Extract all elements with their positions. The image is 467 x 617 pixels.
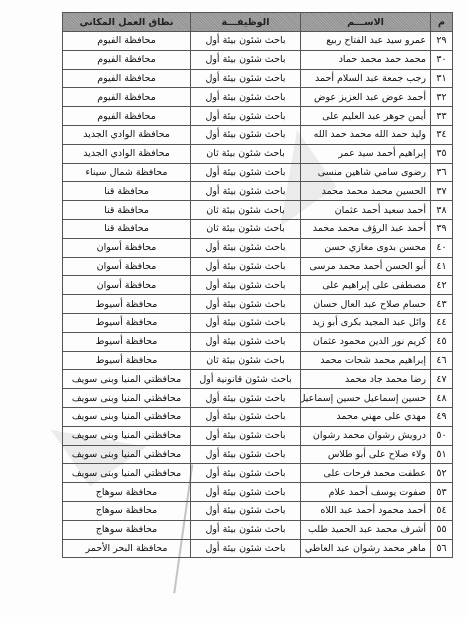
row-number: ٥١: [431, 445, 453, 464]
work-location: محافظة قنا: [63, 201, 191, 220]
employee-name: عمرو سيد عبد الفتاح ربيع: [301, 32, 431, 51]
table-row: ٤١أبو الحسن أحمد محمد مرسىباحث شئون بيئة…: [63, 257, 453, 276]
employee-name: وائل عبد المجيد بكرى أبو زيد: [301, 313, 431, 332]
employee-name: أحمد سعيد أحمد عثمان: [301, 201, 431, 220]
job-title: باحث شئون بيئة أول: [191, 107, 301, 126]
employee-name: إبراهيم محمد شحات محمد: [301, 351, 431, 370]
table-row: ٣٥إبراهيم أحمد سيد عمرباحث شئون بيئة ثان…: [63, 144, 453, 163]
table-row: ٥٠درويش رشوان محمد رشوانباحث شئون بيئة أ…: [63, 426, 453, 445]
employee-name: كريم نور الدين محمود عثمان: [301, 332, 431, 351]
employee-name: مصطفى على إبراهيم على: [301, 276, 431, 295]
table-row: ٣١رجب جمعة عبد السلام أحمدباحث شئون بيئة…: [63, 69, 453, 88]
table-row: ٥٢عطفت محمد فرحات علىباحث شئون بيئة أولم…: [63, 464, 453, 483]
employee-roster-table: م الاســـم الوظيفـــة نطاق العمل المكاني…: [62, 12, 453, 558]
work-location: محافظة سوهاج: [63, 520, 191, 539]
employee-name: إبراهيم أحمد سيد عمر: [301, 144, 431, 163]
job-title: باحث شئون بيئة أول: [191, 32, 301, 51]
job-title: باحث شئون بيئة أول: [191, 50, 301, 69]
table-row: ٤٧رضا محمد جاد محمدباحث شئون قانونية أول…: [63, 370, 453, 389]
row-number: ٤٢: [431, 276, 453, 295]
header-num: م: [431, 13, 453, 32]
work-location: محافظة أسوان: [63, 276, 191, 295]
table-row: ٤٠محسن بدوى مغازي حسنباحث شئون بيئة أولم…: [63, 238, 453, 257]
work-location: محافظتي المنيا وبنى سويف: [63, 407, 191, 426]
row-number: ٣٥: [431, 144, 453, 163]
work-location: محافظة الفيوم: [63, 88, 191, 107]
table-row: ٤٨حسين إسماعيل حسين إسماعيلباحث شئون بيئ…: [63, 389, 453, 408]
employee-name: أحمد عبد الرؤف محمد محمد: [301, 219, 431, 238]
employee-name: رجب جمعة عبد السلام أحمد: [301, 69, 431, 88]
employee-name: أيمن جوهر عبد العليم على: [301, 107, 431, 126]
job-title: باحث شئون بيئة أول: [191, 238, 301, 257]
job-title: باحث شئون بيئة أول: [191, 295, 301, 314]
employee-name: ماهر محمد رشوان عبد العاطي: [301, 539, 431, 558]
employee-name: وليد حمد الله محمد حمد الله: [301, 125, 431, 144]
work-location: محافظة البحر الأحمر: [63, 539, 191, 558]
table-row: ٤٥كريم نور الدين محمود عثمانباحث شئون بي…: [63, 332, 453, 351]
work-location: محافظة الفيوم: [63, 32, 191, 51]
table-row: ٣٦رضوى سامي شاهين منسىباحث شئون بيئة أول…: [63, 163, 453, 182]
work-location: محافظة شمال سيناء: [63, 163, 191, 182]
job-title: باحث شئون بيئة أول: [191, 125, 301, 144]
row-number: ٣١: [431, 69, 453, 88]
job-title: باحث شئون بيئة أول: [191, 163, 301, 182]
job-title: باحث شئون بيئة ثان: [191, 201, 301, 220]
employee-name: أحمد محمود أحمد عبد اللاه: [301, 501, 431, 520]
work-location: محافظة قنا: [63, 219, 191, 238]
work-location: محافظة الفيوم: [63, 107, 191, 126]
table-row: ٤٣حسام صلاح عبد العال حسانباحث شئون بيئة…: [63, 295, 453, 314]
row-number: ٣٠: [431, 50, 453, 69]
row-number: ٥٢: [431, 464, 453, 483]
table-row: ٥٥أشرف محمد عبد الحميد طلبباحث شئون بيئة…: [63, 520, 453, 539]
header-location: نطاق العمل المكاني: [63, 13, 191, 32]
job-title: باحث شئون بيئة أول: [191, 69, 301, 88]
job-title: باحث شئون بيئة أول: [191, 445, 301, 464]
row-number: ٤٧: [431, 370, 453, 389]
table-row: ٣٢أحمد عوض عبد العزيز عوضباحث شئون بيئة …: [63, 88, 453, 107]
work-location: محافظتي المنيا وبنى سويف: [63, 389, 191, 408]
table-row: ٣٠محمد حمد محمد حمادباحث شئون بيئة أولمح…: [63, 50, 453, 69]
row-number: ٥٥: [431, 520, 453, 539]
row-number: ٥٣: [431, 483, 453, 502]
job-title: باحث شئون بيئة أول: [191, 257, 301, 276]
work-location: محافظة أسيوط: [63, 313, 191, 332]
row-number: ٤٤: [431, 313, 453, 332]
header-name: الاســـم: [301, 13, 431, 32]
employee-name: رضا محمد جاد محمد: [301, 370, 431, 389]
row-number: ٤٥: [431, 332, 453, 351]
employee-name: رضوى سامي شاهين منسى: [301, 163, 431, 182]
table-header-row: م الاســـم الوظيفـــة نطاق العمل المكاني: [63, 13, 453, 32]
job-title: باحث شئون بيئة ثان: [191, 144, 301, 163]
row-number: ٤٠: [431, 238, 453, 257]
job-title: باحث شئون بيئة ثان: [191, 351, 301, 370]
row-number: ٣٣: [431, 107, 453, 126]
table-row: ٤٩مهدي على مهني محمدباحث شئون بيئة أولمح…: [63, 407, 453, 426]
work-location: محافظتي المنيا وبنى سويف: [63, 445, 191, 464]
employee-name: مهدي على مهني محمد: [301, 407, 431, 426]
row-number: ٤٨: [431, 389, 453, 408]
table-row: ٣٩أحمد عبد الرؤف محمد محمدباحث شئون بيئة…: [63, 219, 453, 238]
work-location: محافظتي المنيا وبنى سويف: [63, 464, 191, 483]
employee-name: صفوت يوسف أحمد علام: [301, 483, 431, 502]
employee-name: درويش رشوان محمد رشوان: [301, 426, 431, 445]
job-title: باحث شئون بيئة أول: [191, 332, 301, 351]
row-number: ٣٧: [431, 182, 453, 201]
employee-name: محسن بدوى مغازي حسن: [301, 238, 431, 257]
table-row: ٣٨أحمد سعيد أحمد عثمانباحث شئون بيئة ثان…: [63, 201, 453, 220]
job-title: باحث شئون بيئة ثان: [191, 219, 301, 238]
job-title: باحث شئون بيئة أول: [191, 313, 301, 332]
job-title: باحث شئون بيئة أول: [191, 389, 301, 408]
table-row: ٣٧الحسين محمد محمد محمدباحث شئون بيئة أو…: [63, 182, 453, 201]
row-number: ٣٦: [431, 163, 453, 182]
row-number: ٣٩: [431, 219, 453, 238]
employee-name: عطفت محمد فرحات على: [301, 464, 431, 483]
row-number: ٤٣: [431, 295, 453, 314]
work-location: محافظة الفيوم: [63, 69, 191, 88]
employee-name: محمد حمد محمد حماد: [301, 50, 431, 69]
work-location: محافظة الفيوم: [63, 50, 191, 69]
job-title: باحث شئون بيئة أول: [191, 88, 301, 107]
job-title: باحث شئون قانونية أول: [191, 370, 301, 389]
work-location: محافظتي المنيا وبنى سويف: [63, 370, 191, 389]
table-row: ٣٣أيمن جوهر عبد العليم علىباحث شئون بيئة…: [63, 107, 453, 126]
job-title: باحث شئون بيئة أول: [191, 426, 301, 445]
work-location: محافظة أسوان: [63, 238, 191, 257]
table-row: ٥٣صفوت يوسف أحمد علامباحث شئون بيئة أولم…: [63, 483, 453, 502]
work-location: محافظة أسوان: [63, 257, 191, 276]
work-location: محافظة أسيوط: [63, 332, 191, 351]
row-number: ٥٠: [431, 426, 453, 445]
table-body: ٢٩عمرو سيد عبد الفتاح ربيعباحث شئون بيئة…: [63, 32, 453, 558]
employee-name: حسين إسماعيل حسين إسماعيل: [301, 389, 431, 408]
employee-name: أبو الحسن أحمد محمد مرسى: [301, 257, 431, 276]
row-number: ٤١: [431, 257, 453, 276]
table-row: ٣٤وليد حمد الله محمد حمد اللهباحث شئون ب…: [63, 125, 453, 144]
work-location: محافظتي المنيا وبنى سويف: [63, 426, 191, 445]
row-number: ٣٤: [431, 125, 453, 144]
row-number: ٤٩: [431, 407, 453, 426]
work-location: محافظة الوادي الجديد: [63, 125, 191, 144]
work-location: محافظة الوادي الجديد: [63, 144, 191, 163]
row-number: ٤٦: [431, 351, 453, 370]
work-location: محافظة أسيوط: [63, 351, 191, 370]
row-number: ٥٦: [431, 539, 453, 558]
table-row: ٤٢مصطفى على إبراهيم علىباحث شئون بيئة أو…: [63, 276, 453, 295]
row-number: ٣٨: [431, 201, 453, 220]
table-row: ٥١ولاء صلاح على أبو طلاسباحث شئون بيئة أ…: [63, 445, 453, 464]
employee-name: الحسين محمد محمد محمد: [301, 182, 431, 201]
document-page: ◢ ◣ م الاســـم الوظيفـــة نطاق العمل الم…: [0, 0, 467, 617]
job-title: باحث شئون بيئة أول: [191, 276, 301, 295]
row-number: ٢٩: [431, 32, 453, 51]
work-location: محافظة سوهاج: [63, 483, 191, 502]
employee-name: ولاء صلاح على أبو طلاس: [301, 445, 431, 464]
table-row: ٥٤أحمد محمود أحمد عبد اللاهباحث شئون بيئ…: [63, 501, 453, 520]
employee-name: أحمد عوض عبد العزيز عوض: [301, 88, 431, 107]
row-number: ٥٤: [431, 501, 453, 520]
table-row: ٢٩عمرو سيد عبد الفتاح ربيعباحث شئون بيئة…: [63, 32, 453, 51]
header-job: الوظيفـــة: [191, 13, 301, 32]
row-number: ٣٢: [431, 88, 453, 107]
table-row: ٤٦إبراهيم محمد شحات محمدباحث شئون بيئة ث…: [63, 351, 453, 370]
job-title: باحث شئون بيئة أول: [191, 182, 301, 201]
work-location: محافظة قنا: [63, 182, 191, 201]
work-location: محافظة سوهاج: [63, 501, 191, 520]
employee-name: أشرف محمد عبد الحميد طلب: [301, 520, 431, 539]
work-location: محافظة أسيوط: [63, 295, 191, 314]
employee-name: حسام صلاح عبد العال حسان: [301, 295, 431, 314]
table-row: ٥٦ماهر محمد رشوان عبد العاطيباحث شئون بي…: [63, 539, 453, 558]
job-title: باحث شئون بيئة أول: [191, 407, 301, 426]
table-row: ٤٤وائل عبد المجيد بكرى أبو زيدباحث شئون …: [63, 313, 453, 332]
